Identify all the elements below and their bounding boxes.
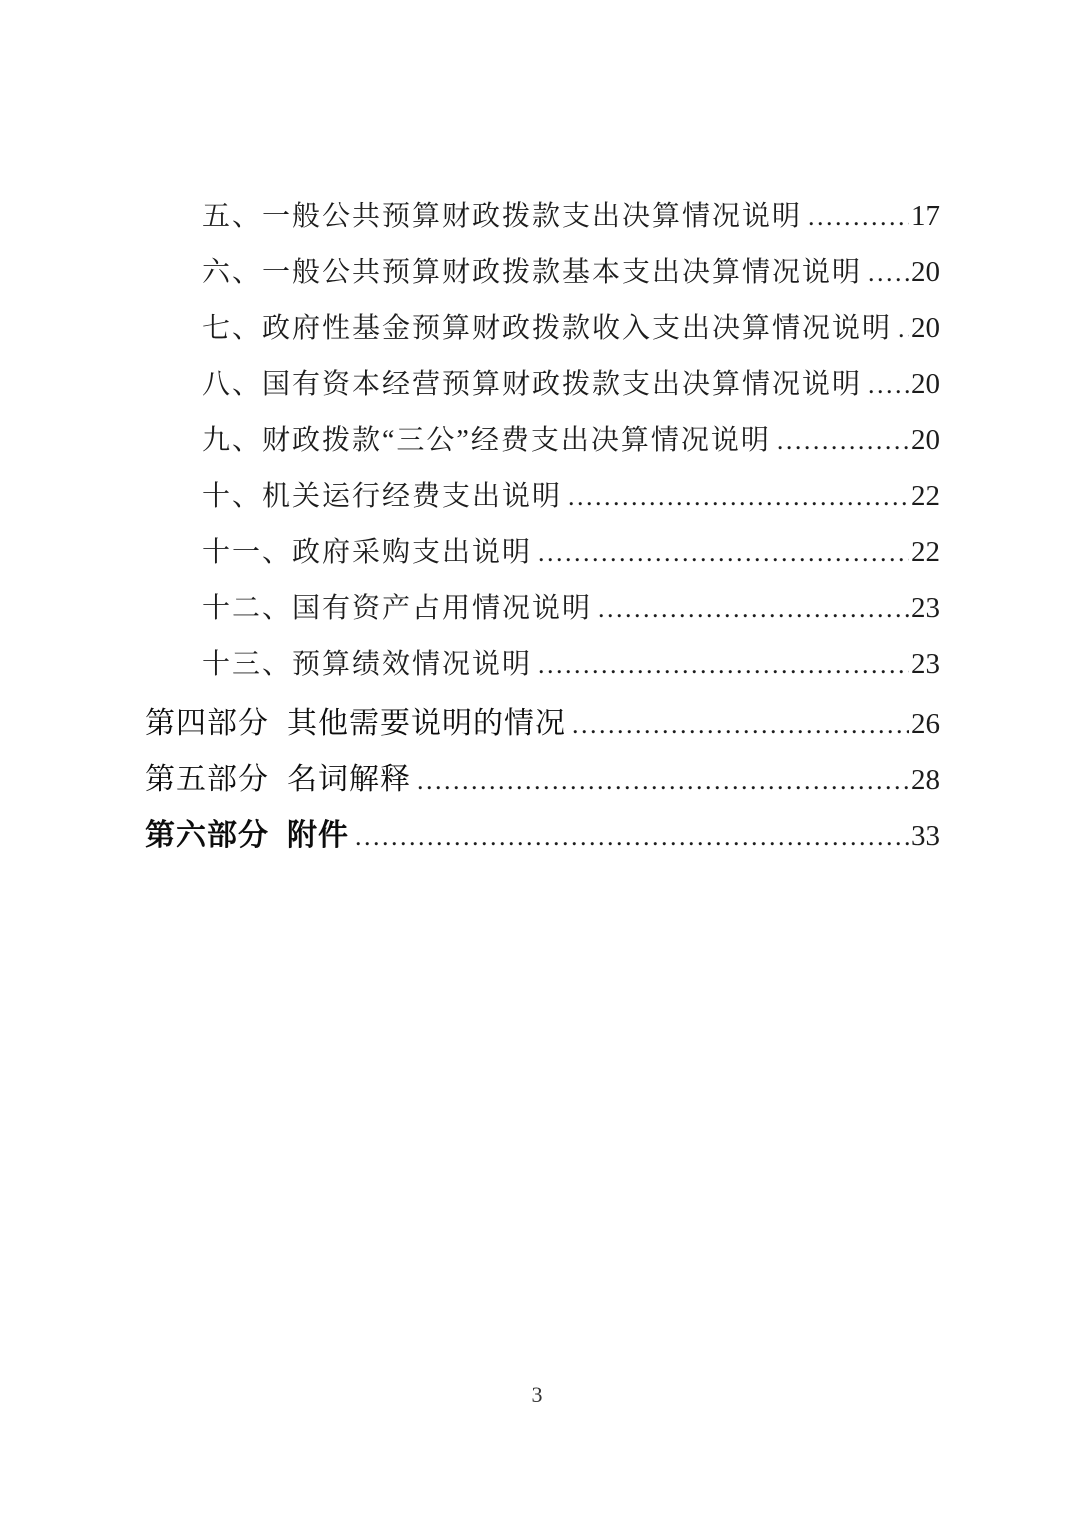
toc-entry-row: 十二、国有资产占用情况说明 ..........................…: [145, 586, 940, 642]
toc-entry-row: 六、一般公共预算财政拨款基本支出决算情况说明 .................…: [145, 250, 940, 306]
toc-entry-page: 20: [911, 424, 940, 457]
dot-leader: ........................................…: [355, 822, 909, 852]
toc-entry-page: 26: [911, 708, 940, 741]
toc-entry-page: 20: [911, 256, 940, 289]
toc-entry-page: 22: [911, 480, 940, 513]
toc-entry-page: 28: [911, 764, 940, 797]
toc-entry-page: 17: [911, 200, 940, 233]
toc-entry-page: 20: [911, 368, 940, 401]
toc-section-label: 第六部分: [145, 810, 269, 854]
dot-leader: ........................................…: [808, 202, 909, 232]
toc-entry-row: 十、机关运行经费支出说明 ...........................…: [145, 474, 940, 530]
toc-entry-label: 十三、预算绩效情况说明: [202, 642, 532, 682]
footer-page-number: 3: [0, 1382, 1074, 1408]
dot-leader: ........................................…: [868, 258, 909, 288]
toc-section-row: 第四部分 其他需要说明的情况 .........................…: [145, 698, 940, 754]
toc-section-title: 附件: [287, 810, 349, 854]
toc-entry-page: 23: [911, 648, 940, 681]
toc-entry-page: 20: [911, 312, 940, 345]
toc-entry-page: 22: [911, 536, 940, 569]
toc-entry-label: 十二、国有资产占用情况说明: [202, 586, 592, 626]
toc-entry-label: 十、机关运行经费支出说明: [202, 474, 562, 514]
toc-entry-row: 十三、预算绩效情况说明 ............................…: [145, 642, 940, 698]
toc-section-label: 第五部分: [145, 754, 269, 798]
toc-entry-label: 八、国有资本经营预算财政拨款支出决算情况说明: [202, 362, 862, 402]
toc-entry-row: 七、政府性基金预算财政拨款收入支出决算情况说明 ................…: [145, 306, 940, 362]
toc-section-label: 第四部分: [145, 698, 269, 742]
toc-entry-label: 十一、政府采购支出说明: [202, 530, 532, 570]
toc-entry-row: 八、国有资本经营预算财政拨款支出决算情况说明 .................…: [145, 362, 940, 418]
toc-entry-label: 五、一般公共预算财政拨款支出决算情况说明: [202, 194, 802, 234]
toc-entry-label: 九、财政拨款“三公”经费支出决算情况说明: [202, 418, 771, 458]
dot-leader: ........................................…: [538, 538, 909, 568]
dot-leader: ........................................…: [568, 482, 909, 512]
toc-list: 五、一般公共预算财政拨款支出决算情况说明 ...................…: [145, 194, 940, 866]
document-page: 五、一般公共预算财政拨款支出决算情况说明 ...................…: [0, 0, 1074, 1520]
toc-section-row: 第五部分 名词解释 ..............................…: [145, 754, 940, 810]
toc-entry-page: 23: [911, 592, 940, 625]
dot-leader: ........................................…: [868, 370, 909, 400]
toc-section-title: 其他需要说明的情况: [287, 698, 566, 742]
dot-leader: ........................................…: [417, 766, 909, 796]
toc-entry-page: 33: [911, 820, 940, 853]
dot-leader: ........................................…: [572, 710, 909, 740]
toc-entry-row: 五、一般公共预算财政拨款支出决算情况说明 ...................…: [145, 194, 940, 250]
toc-entry-row: 十一、政府采购支出说明 ............................…: [145, 530, 940, 586]
dot-leader: ........................................…: [538, 650, 909, 680]
dot-leader: ........................................…: [777, 426, 909, 456]
dot-leader: ........................................…: [898, 314, 909, 344]
toc-entry-label: 六、一般公共预算财政拨款基本支出决算情况说明: [202, 250, 862, 290]
toc-section-row: 第六部分 附件 ................................…: [145, 810, 940, 866]
dot-leader: ........................................…: [598, 594, 909, 624]
toc-entry-label: 七、政府性基金预算财政拨款收入支出决算情况说明: [202, 306, 892, 346]
toc-entry-row: 九、财政拨款“三公”经费支出决算情况说明 ...................…: [145, 418, 940, 474]
toc-section-title: 名词解释: [287, 754, 411, 798]
